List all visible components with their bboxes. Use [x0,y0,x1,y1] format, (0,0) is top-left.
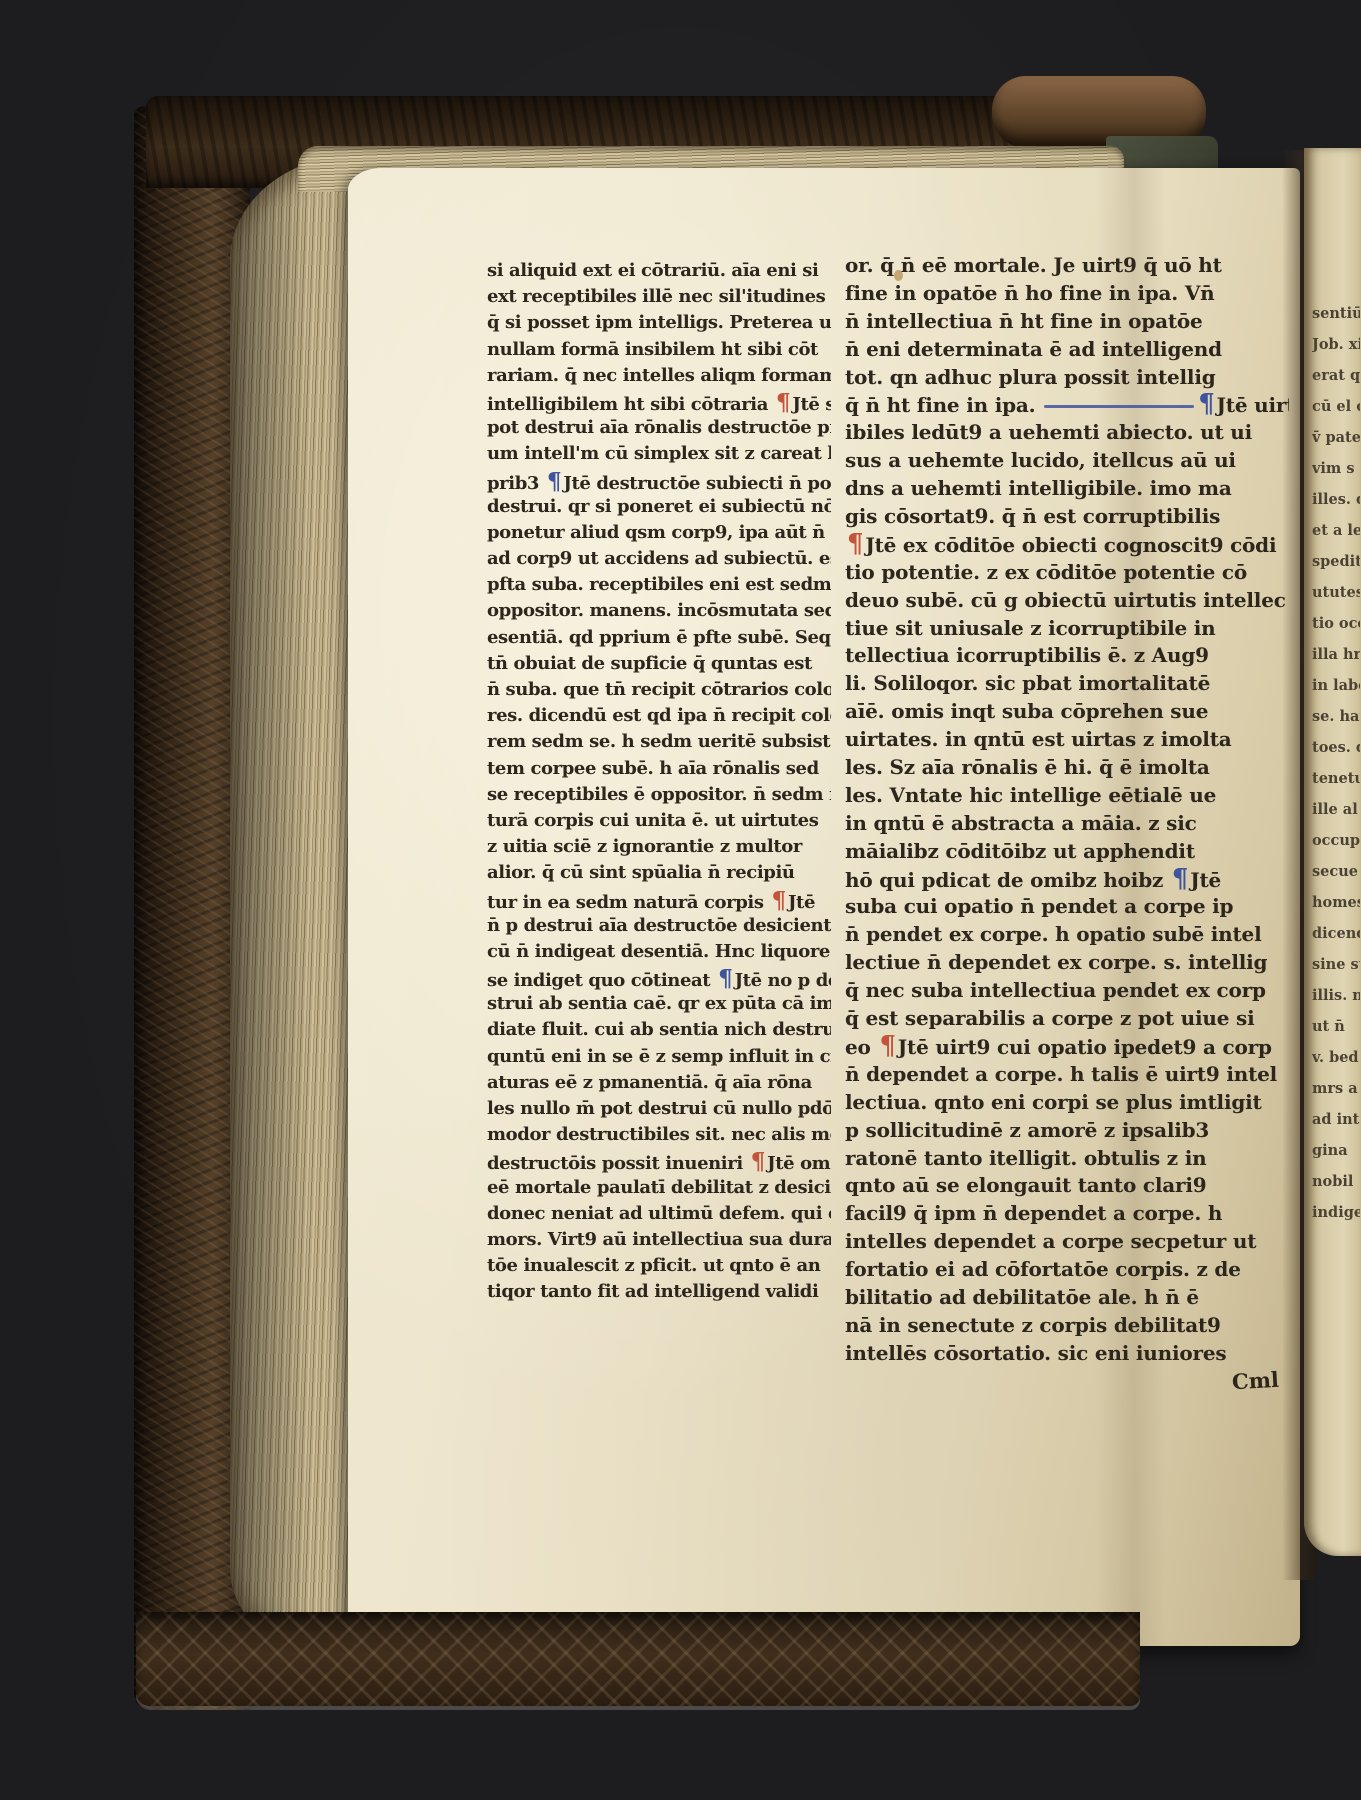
text-line: ad int [1312,1104,1360,1135]
text-line: n̄ intellectiua n̄ ht fine in opatōe [845,308,1289,336]
text-line: ponetur aliud qsm corp9, ipa aūt n̄ seht [487,520,831,546]
text-line: tio occ [1312,608,1360,639]
text-line: intellēs cōsortatio. sic eni iuniores [845,1340,1289,1368]
text-line: tōe inualescit z pficit. ut qnto ē an [487,1253,831,1279]
text-line: tiue sit uniusale z icorruptibile in [845,615,1289,643]
text-line: li. Soliloqor. sic pbat imortalitatē [845,670,1289,698]
text-line: turā corpis cui unita ē. ut uirtutes [487,808,831,834]
text-line: or. q̄ n̄ eē mortale. Je uirt9 q̄ uō ht [845,252,1289,280]
red-paraph-mark: ¶ [845,531,865,559]
text-line: se. hau [1312,701,1360,732]
red-paraph-mark: ¶ [877,1033,897,1061]
text-line: sentiūt [1312,298,1360,329]
text-line: tio potentie. z ex cōditōe potentie cō [845,559,1289,587]
text-line: prib3 ¶Jtē destructōe subiecti n̄ pot [487,468,831,494]
red-paraph-mark: ¶ [769,887,787,913]
text-line: rariam. q̄ nec intelles aliqm formam [487,363,831,389]
blue-flourish-line [1044,405,1194,408]
text-line: q̄ est separabilis a corpe z pot uiue si [845,1005,1289,1033]
text-line: ad corp9 ut accidens ad subiectū. est en… [487,546,831,572]
text-line: gina [1312,1135,1360,1166]
text-line: um intell'm cū simplex sit z careat hi [487,441,831,467]
text-line: ext receptibiles illē nec sil'itudines e… [487,284,831,310]
text-line: ratonē tanto itelligit. obtulis z in [845,1145,1289,1173]
text-line: fine in opatōe n̄ ho fine in ipa. Vn̄ [845,280,1289,308]
text-line: aīē. omis inqt suba cōprehen sue [845,698,1289,726]
text-line: alior. q̄ cū sint spūalia n̄ recipiū [487,860,831,886]
text-line: les nullo m̄ pot destrui cū nullo pdōr [487,1096,831,1122]
text-line: dicend [1312,918,1360,949]
text-line: in labo [1312,670,1360,701]
text-line: cū n̄ indigeat desentiā. Hnc liquore ua [487,939,831,965]
red-paraph-mark: ¶ [774,389,792,415]
blue-paraph-mark: ¶ [716,965,734,991]
text-line: ibiles ledūt9 a uehemti abiecto. ut ui [845,419,1289,447]
text-line: bilitatio ad debilitatōe ale. h n̄ ē [845,1284,1289,1312]
text-line: sine su [1312,949,1360,980]
text-line: tn̄ obuiat de supficie q̄ quntas est [487,651,831,677]
text-line: oppositor. manens. incōsmutata sedm [487,598,831,624]
text-line: tot. qn adhuc plura possit intellig [845,364,1289,392]
text-line: mrs a [1312,1073,1360,1104]
text-line: quntū eni in se ē z semp influit in cre [487,1044,831,1070]
text-line: hō qui pdicat de omibz hoibz ¶Jtē [845,866,1289,894]
text-line: n̄ pendet ex corpe. h opatio subē intel [845,921,1289,949]
text-line: sus a uehemte lucido, itellcus aū ui [845,447,1289,475]
text-line: gis cōsortat9. q̄ n̄ est corruptibilis [845,503,1289,531]
text-line: res. dicendū est qd ipa n̄ recipit colo [487,703,831,729]
text-line: strui ab sentia caē. qr ex pūta cā imme [487,991,831,1017]
text-line: pfta suba. receptibiles eni est sedm se [487,572,831,598]
facing-page-text-sliver: sentiūtJob. xiierat qdcū el opv̄ patetvi… [1312,298,1360,1228]
text-line: nobil [1312,1166,1360,1197]
text-line: intelles dependet a corpe secpetur ut [845,1228,1289,1256]
text-line: z uitia sciē z ignorantie z multor [487,834,831,860]
text-line: homes [1312,887,1360,918]
text-line: si aliquid ext ei cōtrariū. aīa eni si [487,258,831,284]
text-line: destructōis possit inueniri ¶Jtē omne [487,1148,831,1174]
text-line: modor destructibiles sit. nec alis mod9 [487,1122,831,1148]
text-line: diate fluit. cui ab sentia nich destruit… [487,1017,831,1043]
text-line: indige [1312,1197,1360,1228]
text-line: illis. n [1312,980,1360,1011]
text-line: rem sedm se. h sedm ueritē subsistē [487,729,831,755]
text-line: et a les [1312,515,1360,546]
text-line: qnto aū se elongauit tanto clari9 [845,1172,1289,1200]
text-line: n̄ eni determinata ē ad intelligend [845,336,1289,364]
blue-paraph-mark: ¶ [1196,391,1216,419]
text-line: vim s [1312,453,1360,484]
text-line: spedit i [1312,546,1360,577]
text-line: tiqor tanto fit ad intelligend validi [487,1279,831,1305]
text-line: secue [1312,856,1360,887]
text-line: p sollicitudinē z amorē z ipsalib3 [845,1117,1289,1145]
text-line: se indiget quo cōtineat ¶Jtē no p de [487,965,831,991]
text-column-left: si aliquid ext ei cōtrariū. aīa eni siex… [487,258,831,1306]
text-line: māialibz cōditōibz ut apphendit [845,838,1289,866]
text-line: lectiue n̄ dependet ex corpe. s. intelli… [845,949,1289,977]
text-line: Job. xii [1312,329,1360,360]
text-line: ututes [1312,577,1360,608]
text-line: q̄ si posset ipm intelligs. Preterea uē [487,310,831,336]
text-line: lectiua. qnto eni corpi se plus imtligit [845,1089,1289,1117]
text-line: eo ¶Jtē uirt9 cui opatio ipedet9 a corp [845,1033,1289,1061]
text-line: tem corpee subē. h aīa rōnalis sed [487,756,831,782]
text-line: aturas eē z pmanentiā. q̄ aīa rōna [487,1070,831,1096]
text-line: suba cui opatio n̄ pendet a corpe ip [845,893,1289,921]
text-line: tur in ea sedm naturā corpis ¶Jtē [487,887,831,913]
text-line: dns a uehemti intelligibile. imo ma [845,475,1289,503]
text-line: les. Sz aīa rōnalis ē hi. q̄ ē imolta [845,754,1289,782]
text-line: facil9 q̄ ipm n̄ dependet a corpe. h [845,1200,1289,1228]
text-line: toes. d [1312,732,1360,763]
catchword: Cml [1231,1367,1279,1394]
text-line: destrui. qr si poneret ei subiectū nō [487,494,831,520]
text-line: q̄ n̄ ht fine in ipa. ¶Jtē uirt9 corru [845,391,1289,419]
text-line: occup [1312,825,1360,856]
text-line: nullam formā insibilem ht sibi cōt [487,337,831,363]
text-line: pot destrui aīa rōnalis destructōe pri [487,415,831,441]
text-line: uirtates. in qntū est uirtas z imolta [845,726,1289,754]
text-line: mors. Virt9 aū intellectiua sua dura [487,1227,831,1253]
text-line: eē mortale paulatī debilitat z desicit [487,1175,831,1201]
text-line: intelligibilem ht sibi cōtraria ¶Jtē si [487,389,831,415]
blue-paraph-mark: ¶ [545,468,563,494]
text-line: ut n̄ [1312,1011,1360,1042]
text-line: donec neniat ad ultimū defem. qui ē [487,1201,831,1227]
text-line: cū el op [1312,391,1360,422]
text-line: illa hr [1312,639,1360,670]
text-line: v̄ patet [1312,422,1360,453]
text-line: deuo subē. cū g obiectū uirtutis intelle… [845,587,1289,615]
text-line: se receptibiles ē oppositor. n̄ sedm na [487,782,831,808]
text-line: n̄ p destrui aīa destructōe desicientul [487,913,831,939]
text-line: v. bed [1312,1042,1360,1073]
text-line: nā in senectute z corpis debilitat9 [845,1312,1289,1340]
text-line: esentiā. qd pprium ē pfte subē. Sequil [487,625,831,651]
text-line: les. Vntate hic intellige eētialē ue [845,782,1289,810]
text-column-right: or. q̄ n̄ eē mortale. Je uirt9 q̄ uō htf… [845,252,1289,1368]
text-line: q̄ nec suba intellectiua pendet ex corp [845,977,1289,1005]
text-line: ille al [1312,794,1360,825]
text-line: n̄ suba. que tn̄ recipit cōtrarios colo [487,677,831,703]
text-line: ¶Jtē ex cōditōe obiecti cognoscit9 cōdi [845,531,1289,559]
cover-bottom-edge [136,1612,1140,1706]
text-line: fortatio ei ad cōfortatōe corpis. z de [845,1256,1289,1284]
text-line: n̄ dependet a corpe. h talis ē uirt9 int… [845,1061,1289,1089]
text-line: illes. d [1312,484,1360,515]
text-line: tellectiua icorruptibilis ē. z Aug9 [845,642,1289,670]
text-line: tenetur [1312,763,1360,794]
blue-paraph-mark: ¶ [1170,866,1190,894]
photo-background: { "meta": { "description": "Photograph o… [0,0,1361,1800]
red-paraph-mark: ¶ [749,1148,767,1174]
text-line: in qntū ē abstracta a māia. z sic [845,810,1289,838]
text-line: erat qd [1312,360,1360,391]
